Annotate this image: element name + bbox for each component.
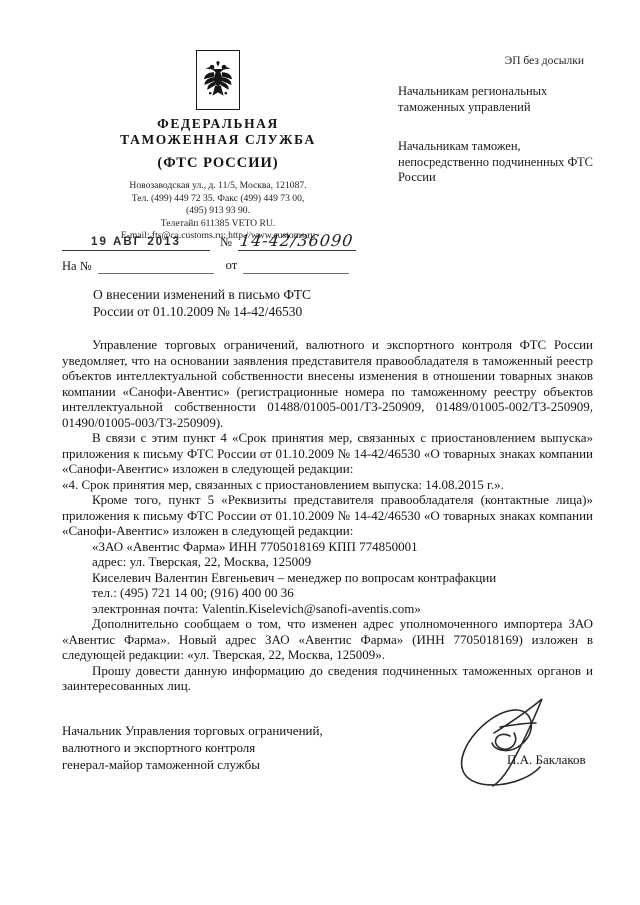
on-number-blank-line [98,261,214,274]
on-number-label: На № [62,259,92,274]
letter-page: ЭП без досылки Начальникам региональных … [0,0,640,905]
contact-person-line: Киселевич Валентин Евгеньевич – менеджер… [62,570,593,586]
reference-block: 19 АВГ 2013 № 14-42/36090 На № от [62,231,364,274]
addressee-block: Начальникам региональных таможенных упра… [398,84,613,210]
from-blank-line [243,261,349,274]
outgoing-number-handwritten: 14-42/36090 [239,231,354,250]
addressee-line: России [398,170,613,186]
org-teletype: Телетайп 611385 VETO RU. [62,218,374,231]
contact-address-line: адрес: ул. Тверская, 22, Москва, 125009 [62,554,593,570]
paragraph-clause4-text: «4. Срок принятия мер, связанных с приос… [62,477,593,493]
org-address: Новозаводская ул., д. 11/5, Москва, 1210… [62,180,374,193]
subject-line2: России от 01.10.2009 № 14-42/46530 [93,304,311,321]
letter-body: Управление торговых ограничений, валютно… [62,337,593,694]
addressee-customs: Начальникам таможен, непосредственно под… [398,139,613,186]
signer-position-line2: валютного и экспортного контроля [62,739,382,756]
subject-line1: О внесении изменений в письмо ФТС [93,287,311,304]
signer-name: П.А. Баклаков [507,752,586,768]
addressee-line: непосредственно подчиненных ФТС [398,155,613,171]
outgoing-number-field: 14-42/36090 [238,231,356,251]
date-field: 19 АВГ 2013 [62,234,210,251]
org-abbr: (ФТС РОССИИ) [62,155,374,172]
state-emblem-icon [196,50,240,110]
contact-email-line: электронная почта: Valentin.Kiselevich@s… [62,601,593,617]
addressee-line: Начальникам таможен, [398,139,613,155]
signer-position-line3: генерал-майор таможенной службы [62,756,382,773]
from-label: от [226,258,238,273]
reference-row-date: 19 АВГ 2013 № 14-42/36090 [62,231,364,251]
paragraph-intro: Управление торговых ограничений, валютно… [62,337,593,430]
paragraph-request: Прошу довести данную информацию до сведе… [62,663,593,694]
addressee-line: таможенных управлений [398,100,613,116]
handwritten-signature-icon [440,697,570,798]
org-name-line2: ТАМОЖЕННАЯ СЛУЖБА [62,132,374,148]
number-sign-label: № [220,235,232,250]
contact-company-line: «ЗАО «Авентис Фарма» ИНН 7705018169 КПП … [62,539,593,555]
signer-position-block: Начальник Управления торговых ограничени… [62,722,382,773]
addressee-regional: Начальникам региональных таможенных упра… [398,84,613,115]
paragraph-importer-address: Дополнительно сообщаем о том, что измене… [62,616,593,663]
paragraph-clause5: Кроме того, пункт 5 «Реквизиты представи… [62,492,593,539]
contact-phone-line: тел.: (495) 721 14 00; (916) 400 00 36 [62,585,593,601]
reference-row-reply: На № от [62,258,364,274]
ep-delivery-note: ЭП без досылки [505,55,584,67]
paragraph-clause4: В связи с этим пункт 4 «Срок принятия ме… [62,430,593,477]
org-phone2: (495) 913 93 90. [62,205,374,218]
subject-block: О внесении изменений в письмо ФТС России… [93,287,311,320]
letterhead: ФЕДЕРАЛЬНАЯ ТАМОЖЕННАЯ СЛУЖБА (ФТС РОССИ… [62,50,374,243]
signer-position-line1: Начальник Управления торговых ограничени… [62,722,382,739]
org-phone: Тел. (499) 449 72 35. Факс (499) 449 73 … [62,193,374,206]
date-stamp: 19 АВГ 2013 [91,236,181,248]
addressee-line: Начальникам региональных [398,84,613,100]
org-name-line1: ФЕДЕРАЛЬНАЯ [62,116,374,132]
